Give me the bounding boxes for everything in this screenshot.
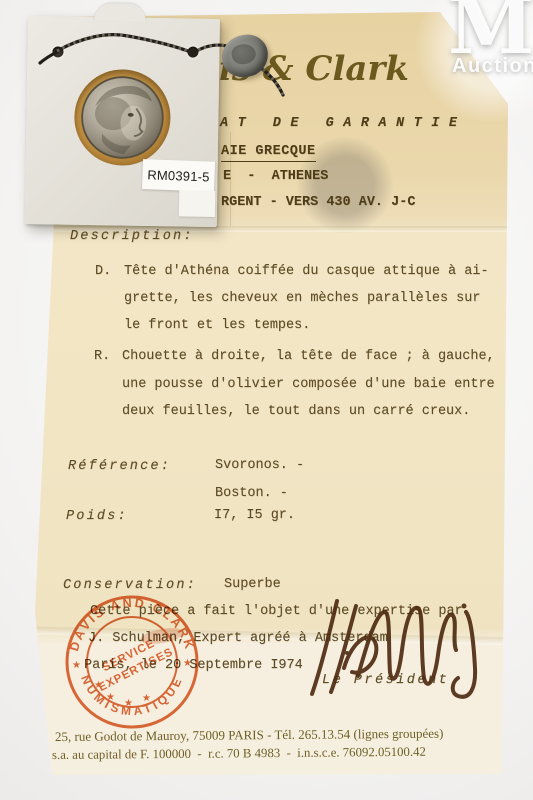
svg-text:★: ★ [183, 658, 192, 669]
reverse-marker: R. [94, 349, 110, 365]
svg-text:★: ★ [124, 698, 133, 709]
inventory-label-patch [179, 190, 215, 217]
photo-backdrop: is & Clark A T D E G A R A N T I E AIE G… [0, 0, 533, 800]
stamp-arc-top: DAVIS AND CLARK [67, 596, 197, 653]
svg-text:★: ★ [94, 680, 103, 691]
obverse-marker: D. [95, 264, 111, 280]
holder-tab [94, 3, 146, 22]
cord-hole-right [187, 47, 198, 58]
signatory-title: Le Président [322, 673, 449, 689]
reference-value-2: Boston. - [215, 486, 288, 502]
metal-date-line: RGENT - VERS 430 AV. J-C [221, 195, 415, 211]
lead-seal-texture [230, 43, 257, 66]
obverse-line-1: Tête d'Athéna coiffée du casque attique … [124, 264, 489, 280]
obverse-line-3: le front et les tempes. [124, 318, 310, 334]
expert-stamp: DAVIS AND CLARK NUMISMATIQUE SERVICE EXP… [62, 592, 202, 732]
coin-window [74, 69, 171, 166]
reference-value-1: Svoronos. - [215, 458, 304, 474]
inventory-label-text: RM0391-5 [147, 167, 210, 184]
obverse-line-2: grette, les cheveux en mèches parallèles… [124, 291, 480, 307]
reverse-line-2: une pousse d'olivier composée d'une baie… [122, 377, 495, 393]
conservation-value: Superbe [224, 577, 281, 593]
svg-text:★: ★ [72, 660, 81, 671]
inventory-label: RM0391-5 [142, 159, 215, 192]
coin-type-line: AIE GRECQUE [221, 144, 316, 162]
cord-hole-left [52, 46, 63, 57]
athena-coin [78, 73, 167, 162]
coin-holder-card: RM0391-5 [25, 16, 220, 227]
reverse-line-1: Chouette à droite, la tête de face ; à g… [122, 349, 495, 365]
reference-label: Référence: [68, 459, 171, 475]
svg-text:★: ★ [106, 692, 115, 703]
weight-label: Poids: [66, 509, 128, 525]
auction-watermark-label: Auction [452, 55, 533, 78]
svg-text:★: ★ [142, 693, 151, 704]
certificate-title: A T D E G A R A N T I E [220, 116, 458, 132]
svg-text:DAVIS AND CLARK: DAVIS AND CLARK [67, 596, 197, 653]
origin-line: E - ATHENES [223, 169, 328, 185]
weight-value: I7, I5 gr. [214, 508, 295, 524]
reverse-line-3: deux feuilles, le tout dans un carré cre… [122, 404, 470, 420]
description-label: Description: [70, 229, 194, 245]
